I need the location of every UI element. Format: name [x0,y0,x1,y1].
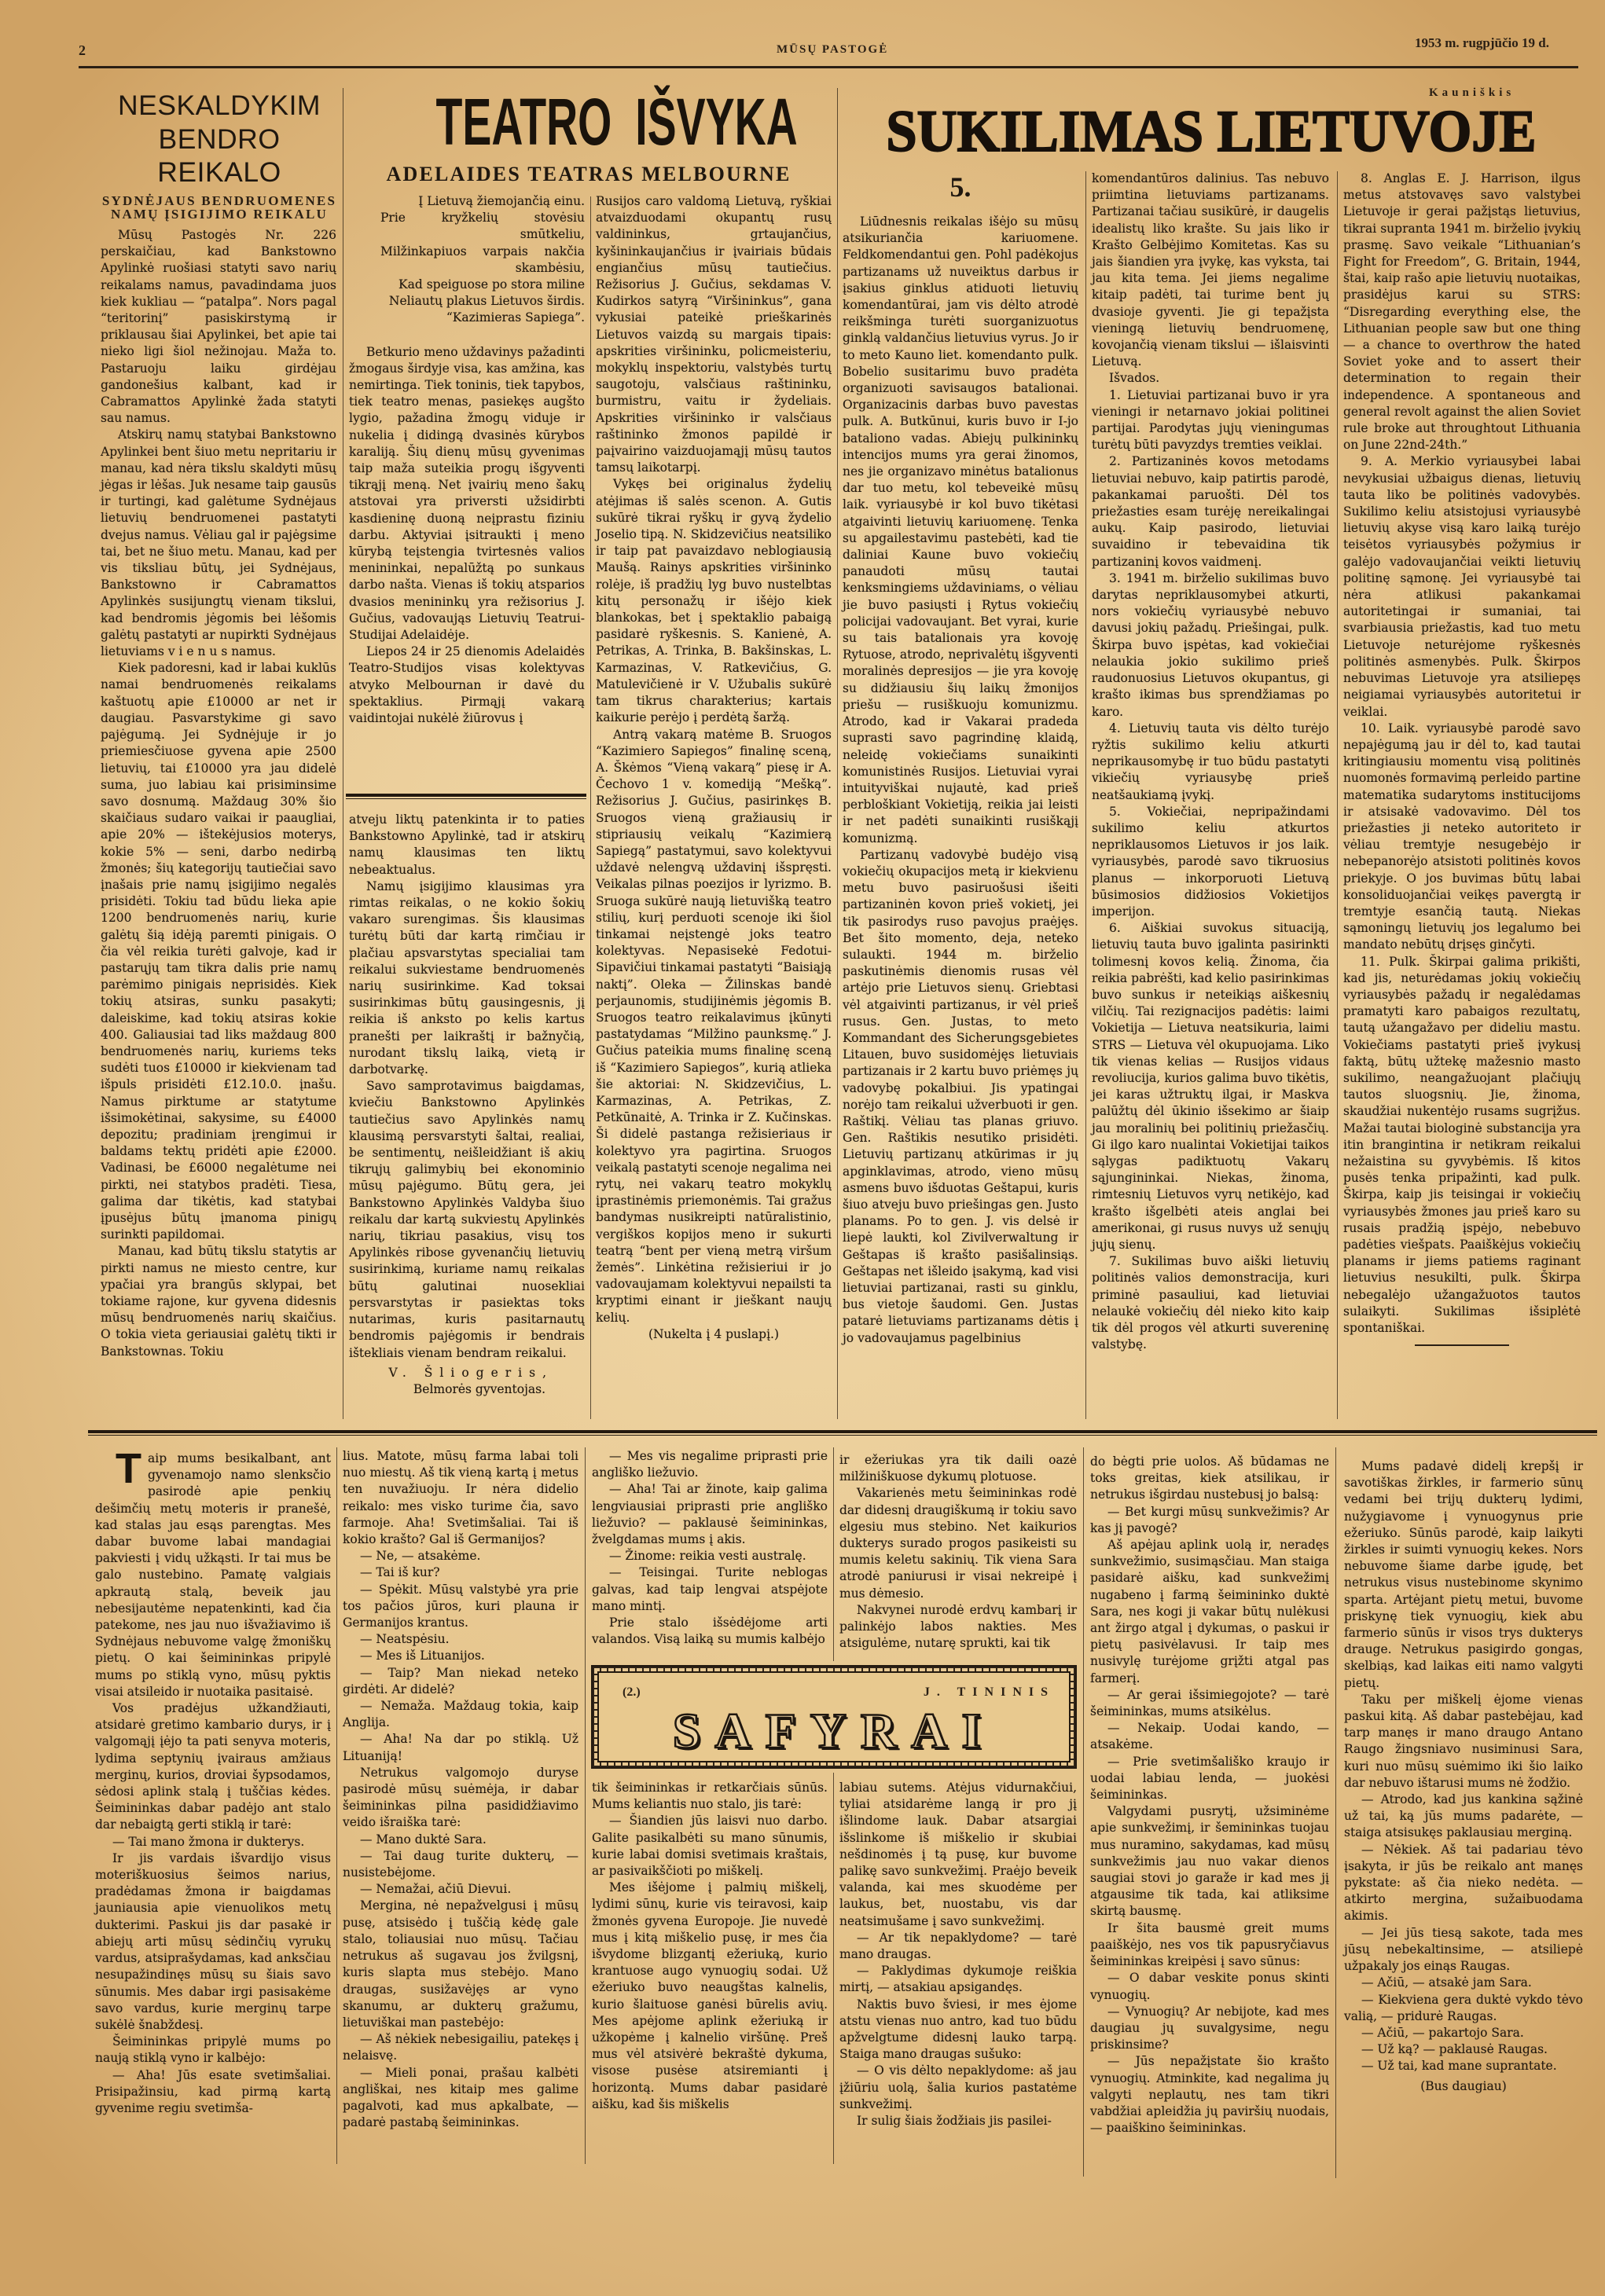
paragraph: — Aha! Jūs esate svetimšaliai. Prisipaži… [95,2067,331,2118]
paragraph: — Aha! Na dar po stiklą. Už Lituaniją! [343,1731,578,1764]
sukilimas-column-b: komendantūros dalinius. Tas nebuvo priim… [1092,171,1329,1353]
paragraph: — O dabar veskite ponus skinti vynuogių. [1090,1970,1329,2003]
issue-date: 1953 m. rugpjūčio 19 d. [1415,35,1549,51]
paragraph: — Nekaip. Uodai kando, — atsakėme. [1090,1720,1329,1753]
continued-text: atveju liktų patenkinta ir to paties Ban… [349,812,585,1362]
paragraph: — Už tai, kad mane suprantate. [1344,2058,1583,2074]
paragraph: komendantūros dalinius. Tas nebuvo priim… [1092,171,1329,370]
paragraph: tik šeimininkas ir retkarčiais sūnūs. Mu… [592,1780,828,1813]
paragraph: Mums padavė didelį krepšį ir savotiškas … [1344,1458,1583,1692]
column-divider [343,88,343,1419]
paragraph: Mergina, nė nepažvelgusi į mūsų pusę, at… [343,1898,578,2031]
paragraph: Manau, kad būtų tikslu statytis ar pirkt… [101,1243,336,1359]
subheadline-line: SYDNĖJAUS BENDRUOMENES [99,194,340,207]
safyrai-column-1: Taip mums besikalbant, ant gyvenamojo na… [95,1451,331,2117]
headline-text: TEATRO IŠVYKA [436,89,798,155]
column-divider [585,1447,586,2164]
section-divider-rule [88,1430,1597,1436]
article-headline: SUKILIMAS LIETUVOJE [839,102,1583,161]
paragraph: — Už ką? — paklausė Raugas. [1344,2041,1583,2058]
paragraph: — Nėkiek. Aš tai padariau tėvo įsakyta, … [1344,1842,1583,1925]
subheadline-line: NAMŲ ĮSIGIJIMO REIKALU [99,207,340,221]
paragraph: atveju liktų patenkinta ir to paties Ban… [349,812,585,878]
column-divider [336,1447,337,2164]
paragraph: 2. Partizaninės kovos metodams lietuviai… [1092,453,1329,570]
article-subheadline: SYDNĖJAUS BENDRUOMENES NAMŲ ĮSIGIJIMO RE… [99,194,340,221]
column-divider [837,88,838,1419]
paragraph: — Žinome: reikia vesti australę. [592,1548,828,1564]
paragraph: ir ežeriukas yra tik daili oazė milžiniš… [839,1452,1077,1485]
poem-line: Į Lietuvą žiemojančią einu. [349,193,585,210]
paragraph: — Bet kurgi mūsų sunkvežimis? Ar kas jį … [1090,1504,1329,1537]
paragraph: 10. Laik. vyriausybė parodė savo nepajėg… [1343,721,1581,954]
paragraph: — Mes vis negalime priprasti prie angliš… [592,1448,828,1481]
paragraph: Nakvynei nurodė erdvų kambarį ir palinkė… [839,1602,1077,1652]
safyrai-column-4-top: ir ežeriukas yra tik daili oazė milžiniš… [839,1452,1077,1652]
teatro-right-column: Rusijos caro valdomą Lietuvą, ryškiai at… [596,193,832,1343]
article-subheadline: ADELAIDES TEATRAS MELBOURNE [343,164,835,185]
installment-number: (2.) [623,1685,641,1700]
paragraph: Ir šita bausmė greit mums paaiškėjo, nes… [1090,1920,1329,1971]
paragraph: 4. Lietuvių tauta vis dėlto turėjo ryžti… [1092,721,1329,804]
paragraph: Vos pradėjus užkandžiauti, atsidarė gret… [95,1700,331,1834]
paragraph: — Ar gerai išsimiegojote? — tarė šeimini… [1090,1687,1329,1720]
paragraph: Antrą vakarą matėme B. Sruogos “Kazimier… [596,727,832,1326]
safyrai-column-6: Mums padavė didelį krepšį ir savotiškas … [1344,1458,1583,2095]
page-number: 2 [79,42,86,59]
sukilimas-column-a: Liūdnesnis reikalas išėjo su mūsų atsiku… [843,214,1078,1347]
title-box-inner: (2.) J. TININIS SAFYRAI [597,1671,1071,1762]
paragraph: Aš apėjau aplink uolą ir, neradęs sunkve… [1090,1537,1329,1687]
continued-note: (Nukelta į 4 puslapį.) [596,1326,832,1343]
poem-line: Prie kryžkelių stovėsiu smūtkeliu, [349,210,585,243]
paragraph: 7. Sukilimas buvo aiški lietuvių politin… [1092,1253,1329,1353]
paragraph: 1. Lietuviai partizanai buvo ir yra vien… [1092,387,1329,454]
paragraph: Betkurio meno uždavinys pažadinti žmogau… [349,344,585,644]
poem-line: Neliautų plakus Lietuvos širdis. [349,293,585,310]
article-headline: TEATRO IŠVYKA [343,89,835,155]
paragraph: — Kiekviena gera duktė vykdo tėvo valią,… [1344,1992,1583,2025]
teatro-left-column: Į Lietuvą žiemojančią einu.Prie kryžkeli… [349,193,585,727]
paragraph: Taku per miškelį ėjome vienas paskui kit… [1344,1692,1583,1792]
paragraph: Prie stalo išsėdėjome arti valandos. Vis… [592,1615,828,1648]
paragraph: Partizanų vadovybė budėjo visą vokiečių … [843,847,1078,1347]
paragraph: Rusijos caro valdomą Lietuvą, ryškiai at… [596,193,832,476]
serial-body: Mums padavė didelį krepšį ir savotiškas … [1344,1458,1583,2075]
paragraph: Kiek padoresni, kad ir labai kuklūs nama… [101,660,336,1243]
paragraph: — Spėkit. Mūsų valstybė yra prie tos pač… [343,1582,578,1632]
author-signature: V. Šliogeris, Belmorės gyventojas. [349,1365,585,1398]
paragraph: — O vis dėlto nepaklydome: aš jau įžiūri… [839,2063,1077,2113]
paragraph: Mes išėjome į palmių miškelį, lydimi sūn… [592,1880,828,2113]
serial-title-box: (2.) J. TININIS SAFYRAI [591,1665,1077,1769]
section-rule [346,794,586,799]
paragraph: — Mes iš Lituanijos. [343,1648,578,1664]
paragraph: Mūsų Pastogės Nr. 226 perskaičiau, kad B… [101,227,336,427]
paragraph: 3. 1941 m. birželio sukilimas buvo daryt… [1092,570,1329,721]
paragraph: Netrukus valgomojo duryse pasirodė mūsų … [343,1765,578,1832]
paragraph: Ir jis vardais išvardijo visus moterišku… [95,1850,331,2034]
safyrai-column-3-top: — Mes vis negalime priprasti prie angliš… [592,1448,828,1648]
paragraph: — Ačiū, — pakartojo Sara. [1344,2025,1583,2041]
paragraph: — Tai daug turite dukterų, — nusistebėjo… [343,1848,578,1881]
installment-number: 5. [843,171,1078,203]
epigraph-poem: Į Lietuvą žiemojančią einu.Prie kryžkeli… [349,193,585,327]
article-body: Betkurio meno uždavinys pažadinti žmogau… [349,344,585,728]
paragraph: — Nemažai, ačiū Dievui. [343,1881,578,1898]
author-location: Belmorės gyventojas. [349,1381,553,1398]
column-divider [1335,1447,1336,2178]
paragraph: — Ar tik nepaklydome? — tarė mano drauga… [839,1930,1077,1963]
author-name: V. Šliogeris, [349,1365,553,1381]
paragraph: Vakarienės metu šeimininkas rodė dar did… [839,1485,1077,1601]
paragraph: Šeimininkas pripylė mums po naują stiklą… [95,2034,331,2067]
paragraph: — Ne, — atsakėme. [343,1548,578,1564]
article-body: 8. Anglas E. J. Harrison, ilgus metus at… [1343,171,1581,1337]
poem-line: Kad speiguose po stora miline [349,277,585,293]
paragraph: 6. Aiškiai suvokus situaciją, lietuvių t… [1092,920,1329,1253]
paragraph: Valgydami pusrytį, užsiminėme apie sunkv… [1090,1803,1329,1920]
serial-title: SAFYRAI [599,1706,1069,1756]
safyrai-column-3-bottom: tik šeimininkas ir retkarčiais sūnūs. Mu… [592,1780,828,2113]
paragraph: 8. Anglas E. J. Harrison, ilgus metus at… [1343,171,1581,453]
column-divider [590,196,591,1419]
headline-line: NESKALDYKIM [101,89,338,123]
paragraph: — Aha! Tai ar žinote, kaip galima lengvi… [592,1481,828,1548]
to-be-continued-note: (Bus daugiau) [1344,2078,1583,2095]
column-divider [1085,171,1086,1419]
headline-line: BENDRO [101,123,338,156]
paragraph: 11. Pulk. Škirpai galima prikišti, kad j… [1343,954,1581,1337]
headline-line: REIKALO [101,156,338,189]
column-divider [833,1773,834,2164]
safyrai-column-2: lius. Matote, mūsų farma labai toli nuo … [343,1448,578,2131]
article-body-column-1: Mūsų Pastogės Nr. 226 perskaičiau, kad B… [101,227,336,1360]
newspaper-title: MŪSŲ PASTOGĖ [777,43,888,57]
paragraph: — Neatspėsiu. [343,1631,578,1648]
safyrai-column-5: do bėgti prie uolos. Aš būdamas ne toks … [1090,1454,1329,2136]
column-divider [1337,171,1338,1419]
paragraph: — Atrodo, kad jus kankina sąžinė už tai,… [1344,1792,1583,1842]
paragraph: Atskirų namų statybai Bankstowno Apylink… [101,427,336,660]
author-byline: Kauniškis [1429,86,1515,100]
paragraph: — Teisingai. Turite neblogas galvas, kad… [592,1564,828,1615]
article-end-rule [1415,1344,1509,1346]
paragraph: do bėgti prie uolos. Aš būdamas ne toks … [1090,1454,1329,1504]
article-body-column-2: atveju liktų patenkinta ir to paties Ban… [349,812,585,1398]
author-name: J. TININIS [924,1685,1055,1700]
poem-line: Milžinkapiuos varpais nakčia skambėsiu, [349,244,585,277]
paragraph: Išvados. [1092,370,1329,387]
paragraph: — Šiandien jūs laisvi nuo darbo. Galite … [592,1813,828,1880]
paragraph: — Jūs nepažįstate šio krašto vynuogių. A… [1090,2053,1329,2136]
paragraph: Naktis buvo šviesi, ir mes ėjome atstu v… [839,1997,1077,2063]
paragraph: Taip mums besikalbant, ant gyvenamojo na… [95,1451,331,1700]
sukilimas-column-c: 8. Anglas E. J. Harrison, ilgus metus at… [1343,171,1581,1346]
header-rule [79,66,1578,68]
paragraph: 5. Vokiečiai, nepripažindami sukilimo ke… [1092,804,1329,920]
paragraph: — Aš nėkiek nebesigailiu, patekęs į nela… [343,2031,578,2064]
paragraph: 9. A. Merkio vyriausybei labai nevykusia… [1343,453,1581,720]
paragraph: — Prie svetimšališko kraujo ir uodai lab… [1090,1754,1329,1804]
paragraph: — Mieli ponai, prašau kalbėti angliškai,… [343,2065,578,2132]
column-divider [833,1447,834,1661]
paragraph: Vykęs bei originalus žydelių atėjimas iš… [596,476,832,726]
paragraph: — Paklydimas dykumoje reiškia mirtį, — a… [839,1963,1077,1996]
paragraph: — Jei jūs tiesą sakote, tada mes jūsų ne… [1344,1925,1583,1975]
paragraph: Savo samprotavimus baigdamas, kviečiu Ba… [349,1078,585,1361]
paragraph: — Tai mano žmona ir dukterys. [95,1834,331,1850]
paragraph: — Tai iš kur? [343,1564,578,1581]
paragraph: — Ačiū, — atsakė jam Sara. [1344,1975,1583,1991]
paragraph: labiau sutems. Atėjus vidurnakčiui, tyli… [839,1780,1077,1930]
paragraph: Liūdnesnis reikalas išėjo su mūsų atsiku… [843,214,1078,847]
paragraph: Ir sulig šiais žodžiais jis pasilei- [839,2113,1077,2129]
paragraph: — Mano duktė Sara. [343,1832,578,1848]
column-divider [1083,1447,1084,2177]
safyrai-column-4-bottom: labiau sutems. Atėjus vidurnakčiui, tyli… [839,1780,1077,2129]
paragraph: Namų įsigijimo klausimas yra rimtas reik… [349,878,585,1078]
paragraph: — Vynuogių? Ar nebijote, kad mes daugiau… [1090,2004,1329,2054]
article-body: Rusijos caro valdomą Lietuvą, ryškiai at… [596,193,832,1326]
paragraph: — Taip? Man niekad neteko girdėti. Ar di… [343,1665,578,1698]
headline-text: SUKILIMAS LIETUVOJE [886,102,1536,161]
poem-line: “Kazimieras Sapiega”. [349,310,585,326]
paragraph: Liepos 24 ir 25 dienomis Adelaidės Teatr… [349,644,585,727]
paragraph: — Nemaža. Maždaug tokia, kaip Anglija. [343,1698,578,1731]
article-headline: NESKALDYKIM BENDRO REIKALO [101,89,338,189]
paragraph: lius. Matote, mūsų farma labai toli nuo … [343,1448,578,1548]
